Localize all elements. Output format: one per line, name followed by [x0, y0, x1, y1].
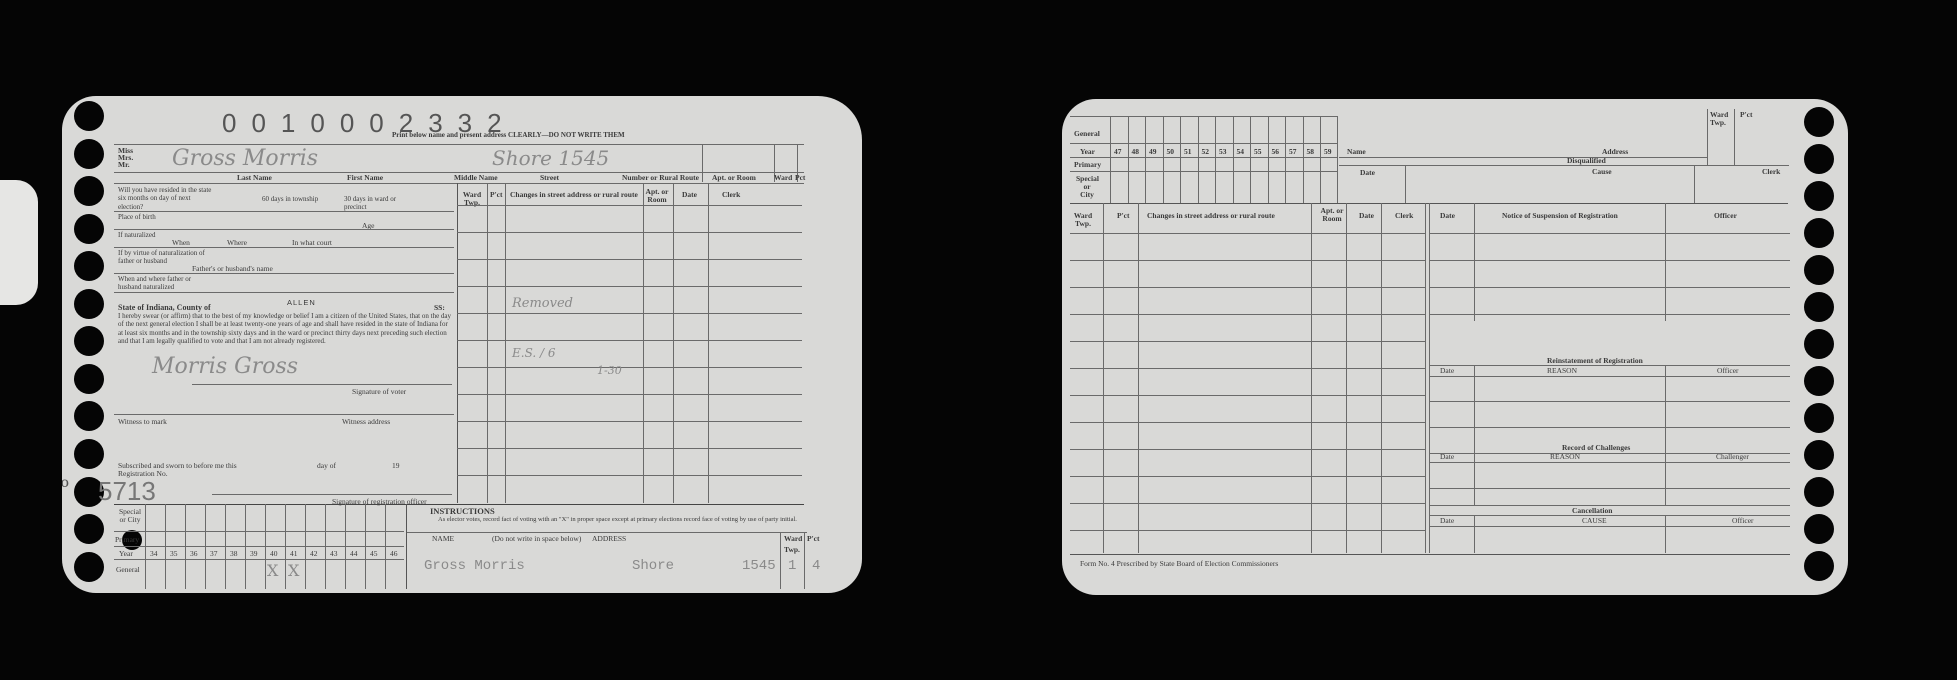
year-cell: 38	[230, 550, 238, 558]
residence-60-days: 60 days in township	[262, 195, 322, 203]
year-cell: 42	[310, 550, 318, 558]
ward-twp-label: Ward Twp.	[1710, 111, 1732, 127]
punch-hole	[74, 364, 104, 394]
year-cell: 47	[1114, 148, 1122, 156]
year-cell: 35	[170, 550, 178, 558]
registration-card-front: 0010002332 Print below name and present …	[62, 96, 862, 593]
col-number: Number or Rural Route	[622, 174, 699, 182]
punch-hole	[1804, 440, 1834, 470]
address-handwritten: Shore 1545	[492, 146, 609, 170]
form-footer: Form No. 4 Prescribed by State Board of …	[1080, 560, 1278, 568]
registration-card-back: General Year Primary Special or City Nam…	[1062, 99, 1848, 595]
col-apt: Apt. or Room	[712, 174, 756, 182]
adjacent-card-fragment	[0, 180, 38, 305]
row-special-city: Special or City	[1076, 175, 1098, 199]
cause-label: Cause	[1592, 168, 1612, 176]
header-pct: P'ct	[1117, 212, 1130, 220]
suspension-title: Notice of Suspension of Registration	[1502, 212, 1618, 220]
clerk-label: Clerk	[1762, 168, 1780, 176]
address-label: Address	[1602, 148, 1628, 156]
vote-mark: X	[288, 561, 299, 580]
where-label: Where	[227, 239, 247, 247]
change-entry-precinct: E.S. / 6	[512, 346, 556, 360]
col-last-name: Last Name	[237, 174, 272, 182]
father-name-label: Father's or husband's name	[192, 265, 273, 273]
pct-label: P'ct	[1740, 111, 1753, 119]
punch-hole	[1804, 477, 1834, 507]
vote-mark: X	[267, 561, 278, 580]
residence-question: Will you have resided in the state six m…	[118, 186, 213, 211]
col-ward: Ward	[774, 174, 792, 182]
row-year: Year	[119, 550, 133, 558]
year-cell: 44	[350, 550, 358, 558]
year-cell: 36	[190, 550, 198, 558]
cancellation-officer-header: Officer	[1732, 517, 1754, 525]
stub-address-label: ADDRESS	[592, 535, 626, 543]
year-cell: 48	[1132, 148, 1140, 156]
year-cell: 50	[1167, 148, 1175, 156]
reinstatement-date-header: Date	[1440, 367, 1454, 375]
punch-hole	[74, 514, 104, 544]
punch-hole	[1804, 366, 1834, 396]
year-cell: 46	[390, 550, 398, 558]
signature-label: Signature of voter	[352, 388, 406, 396]
year-cell: 34	[150, 550, 158, 558]
punch-hole	[74, 326, 104, 356]
year-cell: 58	[1307, 148, 1315, 156]
col-street: Street	[540, 174, 559, 182]
ss-label: SS:	[434, 304, 445, 312]
reinstatement-reason-header: REASON	[1547, 367, 1577, 375]
when-label: When	[172, 239, 190, 247]
instructions-title: INSTRUCTIONS	[430, 507, 495, 515]
row-general: General	[1074, 130, 1100, 138]
challenges-reason-header: REASON	[1550, 453, 1580, 461]
year-cell: 56	[1272, 148, 1280, 156]
header-changes: Changes in street address or rural route	[510, 191, 638, 199]
stub-ward-label: Ward	[784, 535, 802, 543]
punch-hole	[74, 176, 104, 206]
punch-hole	[74, 251, 104, 281]
year-cell: 40	[270, 550, 278, 558]
row-general: General	[116, 566, 140, 574]
date-label: Date	[1360, 169, 1375, 177]
stub-note: (Do not write in space below)	[492, 535, 581, 543]
year-cell: 39	[250, 550, 258, 558]
reinstatement-officer-header: Officer	[1717, 367, 1739, 375]
year-prefix: 19	[392, 462, 400, 470]
col-pct: Pct	[795, 174, 805, 182]
registration-number: 5713	[98, 476, 156, 507]
year-cell: 51	[1184, 148, 1192, 156]
col-middle-name: Middle Name	[454, 174, 498, 182]
day-of-label: day of	[317, 462, 336, 470]
punch-hole	[1804, 329, 1834, 359]
reinstatement-title-label: Reinstatement of Registration	[1547, 357, 1643, 365]
challenges-title: Record of Challenges	[1562, 444, 1630, 452]
punch-hole	[1804, 107, 1834, 137]
change-entry-removed: Removed	[512, 296, 573, 311]
header-pct: P'ct	[490, 191, 503, 199]
name-handwritten: Gross Morris	[172, 146, 318, 171]
cancellation-title: Cancellation	[1572, 507, 1612, 515]
challenges-challenger-header: Challenger	[1716, 453, 1749, 461]
year-cell: 59	[1324, 148, 1332, 156]
year-cell: 57	[1289, 148, 1297, 156]
change-entry-date: 1-30	[597, 364, 622, 377]
punch-hole	[1804, 255, 1834, 285]
when-where-label: When and where father or husband natural…	[118, 275, 213, 292]
residence-30-days: 30 days in ward or precinct	[344, 195, 414, 212]
punch-hole	[74, 289, 104, 319]
witness-mark-label: Witness to mark	[118, 418, 167, 426]
header-changes: Changes in street address or rural route	[1147, 212, 1275, 220]
punch-hole	[74, 439, 104, 469]
punch-hole	[74, 139, 104, 169]
header-date: Date	[1359, 212, 1374, 220]
header-clerk: Clerk	[722, 191, 740, 199]
year-cell: 43	[330, 550, 338, 558]
disqualified-label: Disqualified	[1567, 157, 1606, 165]
year-cell: 52	[1202, 148, 1210, 156]
year-cell: 54	[1237, 148, 1245, 156]
court-label: In what court	[292, 239, 332, 247]
header-apt: Apt. or Room	[645, 188, 669, 204]
row-special-city: Special or City	[115, 508, 145, 524]
year-cell: 53	[1219, 148, 1227, 156]
header-ward-twp: Ward Twp.	[1072, 212, 1094, 228]
suspension-date-header: Date	[1440, 212, 1455, 220]
punch-hole	[1804, 403, 1834, 433]
stub-twp-label: Twp.	[784, 546, 800, 554]
cancellation-cause-header: CAUSE	[1582, 517, 1607, 525]
row-year: Year	[1080, 148, 1095, 156]
cancellation-date-header: Date	[1440, 517, 1454, 525]
header-date: Date	[682, 191, 697, 199]
header-instruction: Print below name and present address CLE…	[392, 131, 625, 139]
punch-hole	[1804, 292, 1834, 322]
stub-street-value: Shore	[632, 558, 674, 574]
year-cell: 45	[370, 550, 378, 558]
punch-hole	[74, 401, 104, 431]
challenges-date-header: Date	[1440, 453, 1454, 461]
header-apt: Apt. or Room	[1317, 207, 1347, 223]
punch-hole	[1804, 551, 1834, 581]
punch-hole	[74, 214, 104, 244]
punch-hole	[1804, 218, 1834, 248]
county-value: ALLEN	[287, 299, 316, 307]
oath-text: I hereby swear (or affirm) that to the b…	[118, 312, 453, 345]
voter-signature: Morris Gross	[152, 354, 298, 379]
year-cell: 37	[210, 550, 218, 558]
punch-hole	[74, 101, 104, 131]
stub-name-value: Gross Morris	[424, 558, 525, 574]
witness-address-label: Witness address	[342, 418, 390, 426]
stub-pct-label: P'ct	[807, 535, 820, 543]
row-primary: Primary	[1074, 161, 1101, 169]
stub-name-label: NAME	[432, 535, 454, 543]
year-cell: 41	[290, 550, 298, 558]
punch-hole	[1804, 181, 1834, 211]
punch-hole	[1804, 144, 1834, 174]
number-symbol: Nº	[62, 474, 69, 504]
col-first-name: First Name	[347, 174, 383, 182]
stub-number-value: 1545	[742, 558, 776, 574]
suspension-officer-header: Officer	[1714, 212, 1737, 220]
year-cell: 55	[1254, 148, 1262, 156]
state-county-line: State of Indiana, County of	[118, 304, 211, 312]
year-cell: 49	[1149, 148, 1157, 156]
place-of-birth-label: Place of birth	[118, 213, 158, 221]
punch-hole	[1804, 514, 1834, 544]
row-primary: Primary	[115, 536, 139, 544]
stub-pct-value: 4	[812, 558, 820, 574]
instructions-text: As elector votes, record fact of voting …	[438, 516, 808, 523]
name-label: Name	[1347, 148, 1366, 156]
header-clerk: Clerk	[1395, 212, 1413, 220]
stub-ward-value: 1	[788, 558, 796, 574]
punch-hole	[74, 552, 104, 582]
title-mr: Mr.	[118, 161, 130, 169]
naturalized-label: If naturalized	[118, 231, 168, 239]
